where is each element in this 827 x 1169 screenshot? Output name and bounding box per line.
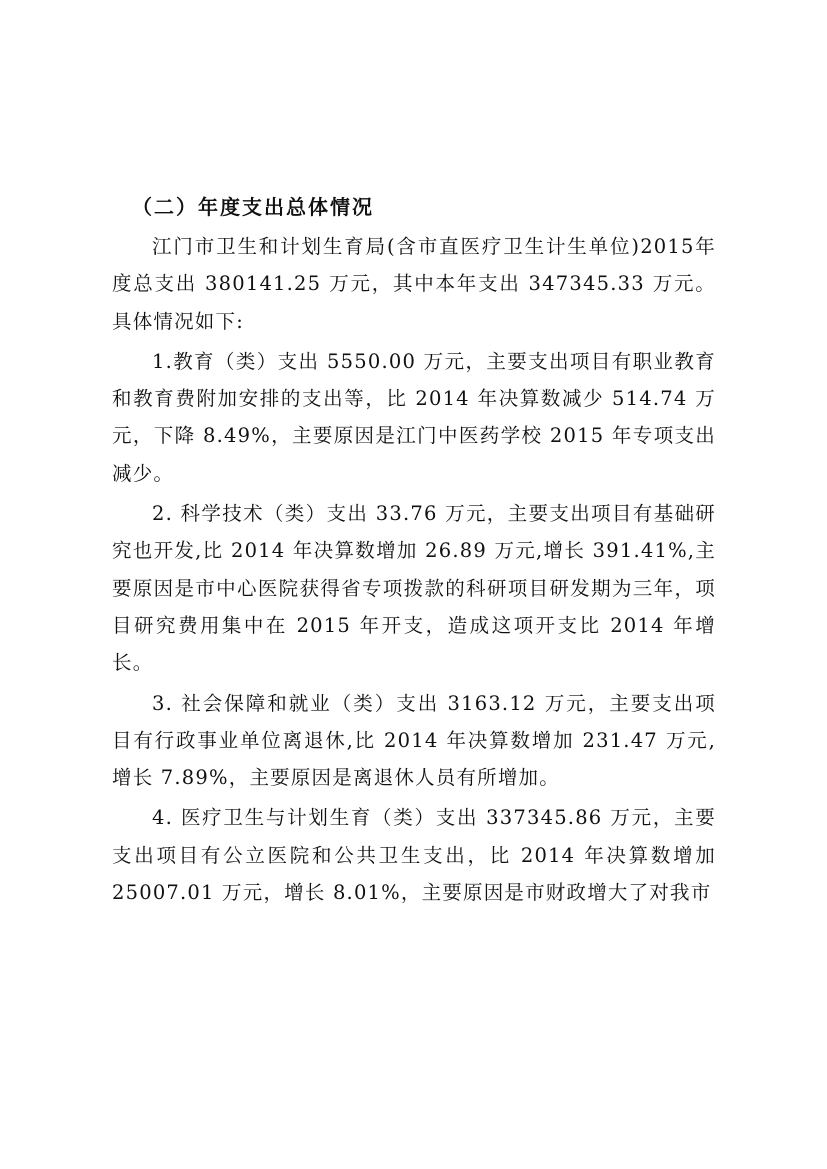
intro-paragraph: 江门市卫生和计划生育局(含市直医疗卫生计生单位)2015年度总支出 380141… xyxy=(112,228,716,340)
item-science-technology: 2. 科学技术（类）支出 33.76 万元，主要支出项目有基础研究也开发,比 2… xyxy=(112,495,716,681)
section-heading: （二）年度支出总体情况 xyxy=(112,192,716,222)
item-education: 1.教育（类）支出 5550.00 万元，主要支出项目有职业教育和教育费附加安排… xyxy=(112,343,716,492)
document-page: （二）年度支出总体情况 江门市卫生和计划生育局(含市直医疗卫生计生单位)2015… xyxy=(112,192,716,911)
item-medical-health: 4. 医疗卫生与计划生育（类）支出 337345.86 万元，主要支出项目有公立… xyxy=(112,799,716,911)
item-social-security: 3. 社会保障和就业（类）支出 3163.12 万元，主要支出项目有行政事业单位… xyxy=(112,685,716,797)
